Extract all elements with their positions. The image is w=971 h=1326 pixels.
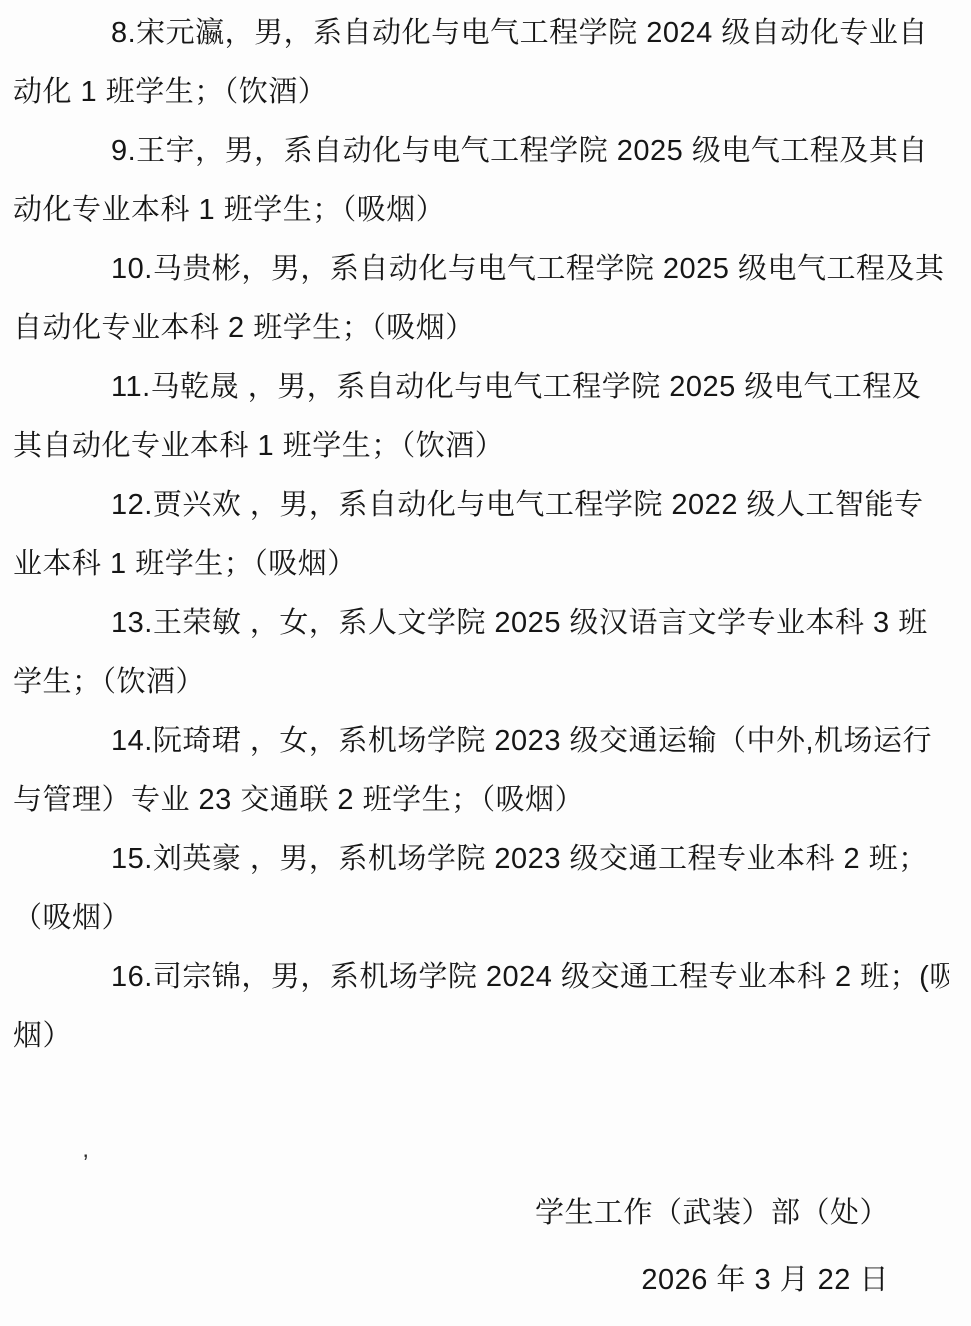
entry-line: 11.马乾晟 ，男，系自动化与电气工程学院 2025 级电气工程及	[13, 358, 949, 417]
entry-line: 动化 1 班学生；（饮酒）	[13, 63, 949, 122]
signature-department: 学生工作（武装）部（处）	[13, 1184, 949, 1243]
entry-line: 10.马贵彬，男，系自动化与电气工程学院 2025 级电气工程及其	[13, 240, 949, 299]
entry-line: 8.宋元瀛，男，系自动化与电气工程学院 2024 级自动化专业自	[13, 4, 949, 63]
student-entry-16: 16.司宗锦，男，系机场学院 2024 级交通工程专业本科 2 班；(吸 烟）	[13, 948, 949, 1066]
student-entry-10: 10.马贵彬，男，系自动化与电气工程学院 2025 级电气工程及其 自动化专业本…	[13, 240, 949, 358]
entry-line: 12.贾兴欢 ，男，系自动化与电气工程学院 2022 级人工智能专	[13, 476, 949, 535]
entry-line: 学生；（饮酒）	[13, 653, 949, 712]
student-entry-9: 9.王宇，男，系自动化与电气工程学院 2025 级电气工程及其自 动化专业本科 …	[13, 122, 949, 240]
entry-line: （吸烟）	[13, 889, 949, 948]
student-entry-11: 11.马乾晟 ，男，系自动化与电气工程学院 2025 级电气工程及 其自动化专业…	[13, 358, 949, 476]
student-entry-8: 8.宋元瀛，男，系自动化与电气工程学院 2024 级自动化专业自 动化 1 班学…	[13, 4, 949, 122]
stray-comma-mark: ’	[13, 1144, 949, 1184]
entry-line: 与管理）专业 23 交通联 2 班学生；（吸烟）	[13, 771, 949, 830]
entry-line: 烟）	[13, 1007, 949, 1066]
document-page: 8.宋元瀛，男，系自动化与电气工程学院 2024 级自动化专业自 动化 1 班学…	[0, 0, 971, 1326]
entry-line: 业本科 1 班学生；（吸烟）	[13, 535, 949, 594]
entry-line: 9.王宇，男，系自动化与电气工程学院 2025 级电气工程及其自	[13, 122, 949, 181]
signature-date: 2026 年 3 月 22 日	[13, 1251, 949, 1310]
student-entry-12: 12.贾兴欢 ，男，系自动化与电气工程学院 2022 级人工智能专 业本科 1 …	[13, 476, 949, 594]
entry-line: 自动化专业本科 2 班学生；（吸烟）	[13, 299, 949, 358]
entry-line: 其自动化专业本科 1 班学生；（饮酒）	[13, 417, 949, 476]
student-entry-15: 15.刘英豪 ，男，系机场学院 2023 级交通工程专业本科 2 班； （吸烟）	[13, 830, 949, 948]
entry-line: 13.王荣敏 ，女，系人文学院 2025 级汉语言文学专业本科 3 班	[13, 594, 949, 653]
entry-line: 15.刘英豪 ，男，系机场学院 2023 级交通工程专业本科 2 班；	[13, 830, 949, 889]
entry-line: 动化专业本科 1 班学生；（吸烟）	[13, 181, 949, 240]
student-entry-13: 13.王荣敏 ，女，系人文学院 2025 级汉语言文学专业本科 3 班 学生；（…	[13, 594, 949, 712]
student-entry-14: 14.阮琦珺 ，女，系机场学院 2023 级交通运输（中外,机场运行 与管理）专…	[13, 712, 949, 830]
entry-line: 14.阮琦珺 ，女，系机场学院 2023 级交通运输（中外,机场运行	[13, 712, 949, 771]
entry-line: 16.司宗锦，男，系机场学院 2024 级交通工程专业本科 2 班；(吸	[13, 948, 949, 1007]
